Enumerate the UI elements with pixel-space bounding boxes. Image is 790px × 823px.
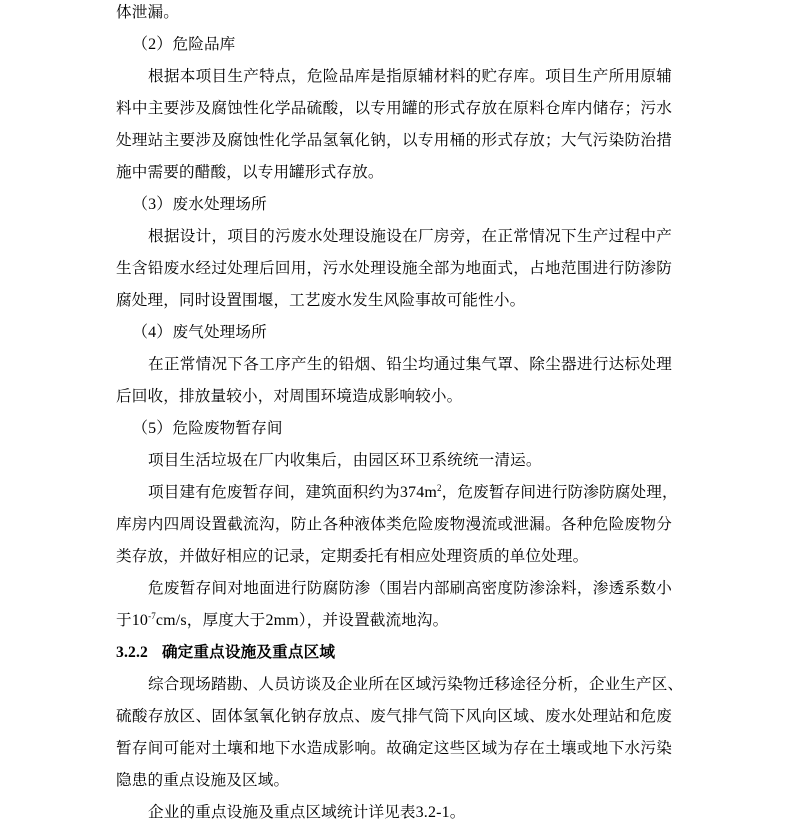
paragraph-line: 在正常情况下各工序产生的铅烟、铅尘均通过集气罩、除尘器进行达标处理 — [148, 348, 672, 380]
area-value: 374m — [400, 484, 437, 501]
table-reference: 3.2-1 — [416, 804, 450, 821]
text-span: 企业的重点设施及重点区域统计详见表 — [148, 803, 416, 821]
subheading-text: 废气处理场所 — [172, 323, 266, 341]
paragraph-line: 料中主要涉及腐蚀性化学品硫酸，以专用罐的形式存放在原料仓库内储存；污水 — [116, 92, 672, 124]
paragraph-line: 危废暂存间对地面进行防腐防渗（围岩内部刷高密度防渗涂料，渗透系数小 — [148, 572, 672, 604]
subheading-number: （2） — [132, 36, 172, 53]
paragraph-line: 根据本项目生产特点，危险品库是指原辅材料的贮存库。项目生产所用原辅 — [148, 60, 672, 92]
paragraph-line: 体泄漏。 — [116, 0, 179, 28]
text-span: ），并设置截流地沟。 — [299, 611, 449, 629]
text-span: 于 — [116, 611, 132, 629]
subheading-exhaust-site: （4）废气处理场所 — [132, 316, 267, 348]
paragraph-line: 后回收，排放量较小，对周围环境造成影响较小。 — [116, 380, 462, 412]
paragraph-line: 暂存间可能对土壤和地下水造成影响。故确定这些区域为存在土壤或地下水污染 — [116, 732, 672, 764]
subheading-text: 废水处理场所 — [172, 195, 266, 213]
paragraph-line: 根据设计，项目的污废水处理设施设在厂房旁，在正常情况下生产过程中产 — [148, 220, 672, 252]
subheading-wastewater-site: （3）废水处理场所 — [132, 188, 267, 220]
paragraph-line: 施中需要的醋酸，以专用罐形式存放。 — [116, 156, 384, 188]
subheading-text: 危险废物暂存间 — [172, 419, 282, 437]
section-title: 确定重点设施及重点区域 — [162, 643, 335, 661]
paragraph-line: 库房内四周设置截流沟，防止各种液体类危险废物漫流或泄漏。各种危险废物分 — [116, 508, 672, 540]
section-number: 3.2.2 — [116, 644, 148, 661]
text-span: ，危废暂存间进行防渗防腐处理， — [442, 483, 678, 501]
paragraph-line: 处理站主要涉及腐蚀性化学品氢氧化钠，以专用桶的形式存放；大气污染防治措 — [116, 124, 672, 156]
paragraph-line: 项目生活垃圾在厂内收集后，由园区环卫系统统一清运。 — [148, 444, 542, 476]
thickness-value: 2mm — [265, 612, 298, 629]
subheading-number: （5） — [132, 420, 172, 437]
text-span: 。 — [450, 803, 466, 821]
paragraph-line: 综合现场踏勘、人员访谈及企业所在区域污染物迁移途径分析，企业生产区、 — [148, 668, 672, 700]
paragraph-line-permeability: 于10-7cm/s，厚度大于2mm），并设置截流地沟。 — [116, 604, 448, 636]
paragraph-line-area: 项目建有危废暂存间，建筑面积约为374m2，危废暂存间进行防渗防腐处理， — [148, 476, 672, 508]
subheading-hazardous-waste-storage: （5）危险废物暂存间 — [132, 412, 283, 444]
section-heading: 3.2.2确定重点设施及重点区域 — [116, 636, 335, 668]
paragraph-line: 腐处理，同时设置围堰，工艺废水发生风险事故可能性小。 — [116, 284, 525, 316]
permeability-unit: cm/s — [156, 612, 187, 629]
paragraph-line: 生含铅废水经过处理后回用，污水处理设施全部为地面式，占地范围进行防渗防 — [116, 252, 672, 284]
text-span: ，厚度大于 — [187, 611, 266, 629]
subheading-hazardous-goods-store: （2）危险品库 — [132, 28, 235, 60]
paragraph-line: 类存放，并做好相应的记录，定期委托有相应处理资质的单位处理。 — [116, 540, 588, 572]
text-span: 项目建有危废暂存间，建筑面积约为 — [148, 483, 400, 501]
permeability-base: 10 — [132, 612, 148, 629]
paragraph-line-table-ref: 企业的重点设施及重点区域统计详见表3.2-1。 — [148, 796, 465, 823]
paragraph-line: 隐患的重点设施及区域。 — [116, 764, 289, 796]
subheading-number: （3） — [132, 196, 172, 213]
subheading-text: 危险品库 — [172, 35, 235, 53]
paragraph-line: 硫酸存放区、固体氢氧化钠存放点、废气排气筒下风向区域、废水处理站和危废 — [116, 700, 672, 732]
superscript: -7 — [148, 611, 156, 621]
subheading-number: （4） — [132, 324, 172, 341]
